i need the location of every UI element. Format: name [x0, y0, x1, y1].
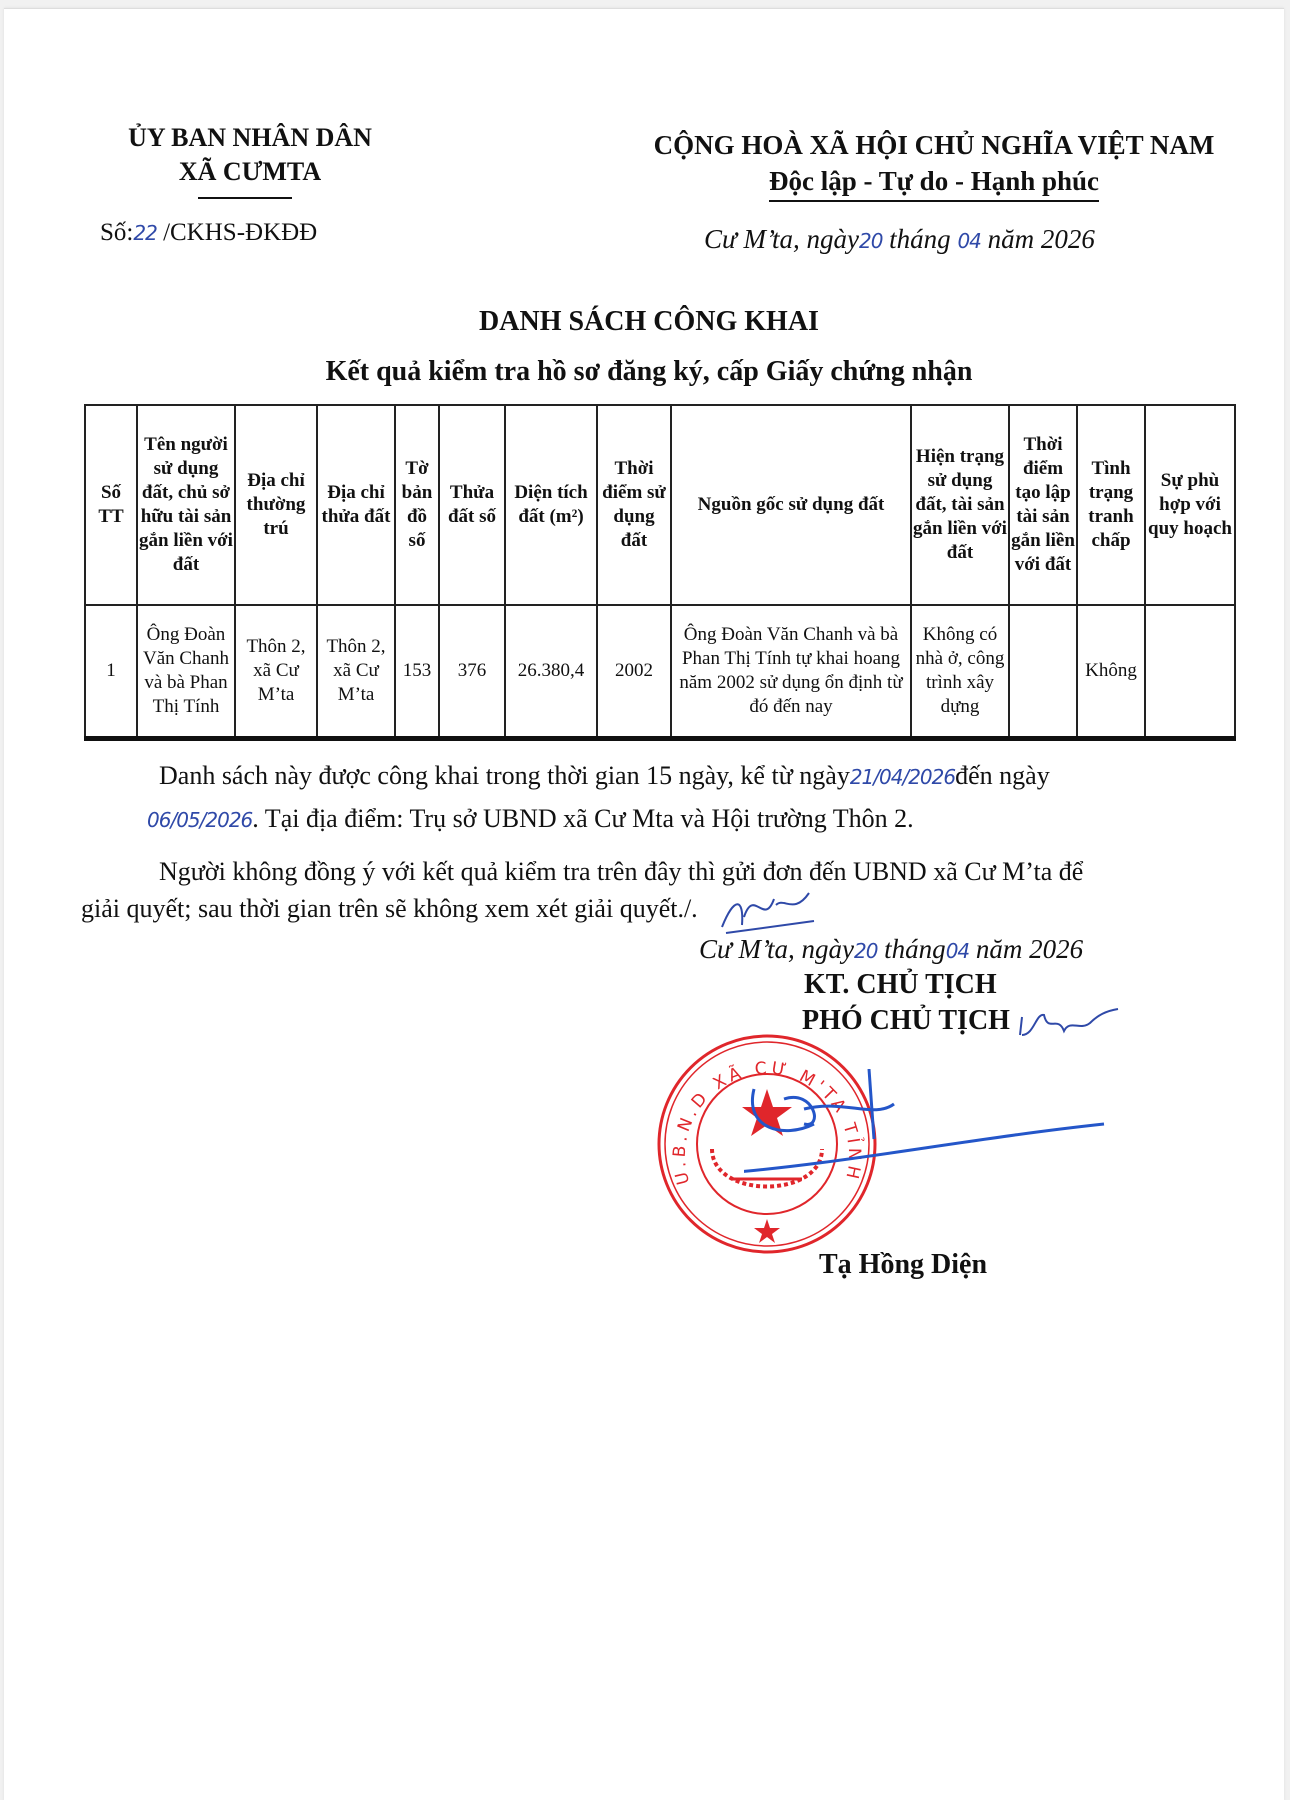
column-header: Thời điểm tạo lập tài sản gắn liền với đ… — [1009, 405, 1077, 605]
handwritten-end-date: 06/05/2026 — [147, 808, 252, 832]
column-header: Sự phù hợp với quy hoạch — [1145, 405, 1235, 605]
document-title: DANH SÁCH CÔNG KHAI — [4, 306, 1290, 338]
handwritten-month: 04 — [957, 229, 980, 253]
national-motto: Độc lập - Tự do - Hạnh phúc — [769, 163, 1099, 202]
column-header: Thời điểm sử dụng đất — [597, 405, 671, 605]
table-cell: 26.380,4 — [505, 605, 597, 739]
table-cell: Ông Đoàn Văn Chanh và bà Phan Thị Tính t… — [671, 605, 911, 739]
handwritten-signature-icon — [744, 1069, 1114, 1189]
notice-paragraph-2: 06/05/2026. Tại địa điểm: Trụ sở UBND xã… — [147, 799, 914, 840]
initial-mark-icon — [1014, 1005, 1124, 1045]
initial-mark-icon — [714, 887, 824, 937]
document-number: Số:22 /CKHS-ĐKĐĐ — [100, 219, 317, 247]
notice-paragraph-4: giải quyết; sau thời gian trên sẽ không … — [81, 889, 698, 929]
public-list-table: Số TTTên người sử dụng đất, chủ sở hữu t… — [84, 404, 1236, 741]
column-header: Tình trạng tranh chấp — [1077, 405, 1145, 605]
table-cell: 1 — [85, 605, 137, 739]
notice-paragraph-1: Danh sách này được công khai trong thời … — [159, 756, 1050, 797]
table-cell: Không có nhà ở, công trình xây dựng — [911, 605, 1009, 739]
table-cell — [1145, 605, 1235, 739]
issuing-agency: ỦY BAN NHÂN DÂN XÃ CƯMTA — [64, 121, 436, 189]
table-cell: Ông Đoàn Văn Chanh và bà Phan Thị Tính — [137, 605, 235, 739]
column-header: Hiện trạng sử dụng đất, tài sản gắn liền… — [911, 405, 1009, 605]
table-row: 1Ông Đoàn Văn Chanh và bà Phan Thị TínhT… — [85, 605, 1235, 739]
column-header: Thửa đất số — [439, 405, 505, 605]
column-header: Số TT — [85, 405, 137, 605]
signer-name: Tạ Hồng Diện — [819, 1249, 987, 1281]
agency-line-2: XÃ CƯMTA — [64, 155, 436, 189]
table-cell: Thôn 2, xã Cư M’ta — [317, 605, 395, 739]
column-header: Tên người sử dụng đất, chủ sở hữu tài sả… — [137, 405, 235, 605]
signature-date: Cư M’ta, ngày20 tháng04 năm 2026 — [699, 934, 1083, 965]
table-cell: 153 — [395, 605, 439, 739]
document-page: ỦY BAN NHÂN DÂN XÃ CƯMTA Số:22 /CKHS-ĐKĐ… — [4, 8, 1284, 1800]
handwritten-start-date: 21/04/2026 — [850, 765, 955, 789]
column-header: Địa chỉ thường trú — [235, 405, 317, 605]
signer-title-1: KT. CHỦ TỊCH — [804, 969, 997, 1001]
agency-underline — [198, 197, 292, 199]
column-header: Địa chỉ thửa đất — [317, 405, 395, 605]
table-cell: Thôn 2, xã Cư M’ta — [235, 605, 317, 739]
table-header-row: Số TTTên người sử dụng đất, chủ sở hữu t… — [85, 405, 1235, 605]
agency-line-1: ỦY BAN NHÂN DÂN — [64, 121, 436, 155]
table-cell: Không — [1077, 605, 1145, 739]
issue-date: Cư M’ta, ngày20 tháng 04 năm 2026 — [704, 224, 1095, 255]
handwritten-doc-number: 22 — [133, 221, 156, 245]
column-header: Diện tích đất (m²) — [505, 405, 597, 605]
notice-paragraph-3: Người không đồng ý với kết quả kiểm tra … — [159, 852, 1083, 892]
table-cell: 376 — [439, 605, 505, 739]
table-cell: 2002 — [597, 605, 671, 739]
table-cell — [1009, 605, 1077, 739]
document-subtitle: Kết quả kiểm tra hồ sơ đăng ký, cấp Giấy… — [4, 356, 1290, 388]
national-header: CỘNG HOÀ XÃ HỘI CHỦ NGHĨA VIỆT NAM Độc l… — [624, 127, 1244, 202]
handwritten-day: 20 — [859, 229, 882, 253]
country-name: CỘNG HOÀ XÃ HỘI CHỦ NGHĨA VIỆT NAM — [624, 127, 1244, 163]
column-header: Tờ bản đồ số — [395, 405, 439, 605]
column-header: Nguồn gốc sử dụng đất — [671, 405, 911, 605]
